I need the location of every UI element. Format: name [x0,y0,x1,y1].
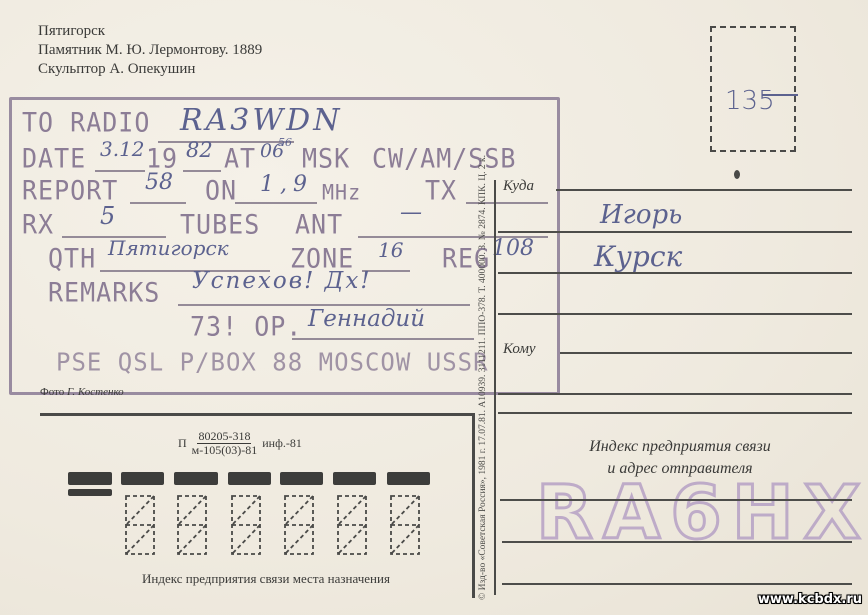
reg-value: 108 [492,236,534,261]
stamp-modes: CW/AM/SSB [372,143,516,173]
to-whom-label: Кому [503,341,536,358]
index-frame-top [40,413,474,416]
caption-monument: Памятник М. Ю. Лермонтову. 1889 [38,41,262,60]
frequency-value: 1,9 [260,172,313,197]
index-bar [280,472,323,485]
underline [130,202,186,204]
print-code-denominator: м-105(03)-81 [192,444,258,457]
index-bar [68,489,112,496]
print-code: П 80205-318 м-105(03)-81 инф.-81 [178,430,302,457]
address-line [498,412,852,414]
address-line [500,499,852,501]
address-line [502,583,852,585]
stamp-at-label: AT [224,143,256,173]
time-minutes: 56 [278,136,292,149]
address-line [560,352,852,354]
zone-value: 16 [378,238,403,262]
report-value: 58 [145,170,173,195]
stamp-regards-label: 73! OP. [190,311,302,341]
postal-index-digit-box[interactable] [177,495,207,555]
print-code-numerator: 80205-318 [197,430,251,444]
underline [183,170,221,172]
digit-template-icon [177,495,207,555]
photo-credit-prefix: Фото [40,386,64,398]
pen-stroke [762,94,798,96]
photo-credit: Фото Г. Костенко [40,386,124,398]
photo-credit-name: Г. Костенко [67,386,124,398]
remarks-value: Успехов! Дх! [192,268,372,294]
stamp-footer: PSE QSL P/BOX 88 MOSCOW USSR [56,347,489,376]
print-code-suffix: инф.-81 [262,436,302,451]
publisher-imprint: © Изд-во «Советская Россия», 1981 г. 17.… [478,0,488,600]
postal-index-digit-box[interactable] [390,495,420,555]
stamp-to-radio-label: TO RADIO [22,107,150,137]
postal-index-digit-box[interactable] [231,495,261,555]
index-frame-side [472,413,475,598]
operator-name: Геннадий [308,306,425,332]
sender-callsign-stamp: RA6HXH [536,470,868,556]
stamp-date-label: DATE [22,143,86,173]
recipient-city: Курск [594,240,682,273]
postal-index-digit-box[interactable] [337,495,367,555]
digit-template-icon [125,495,155,555]
address-line [498,231,852,233]
underline [95,170,145,172]
underline [235,202,317,204]
stamp-qth-label: QTH [48,243,96,273]
index-bar [333,472,376,485]
ink-dot [734,170,740,179]
year-value: 82 [186,138,213,162]
caption-city: Пятигорск [38,22,105,41]
index-bar [121,472,164,485]
caption-sculptor: Скульптор А. Опекушин [38,60,195,79]
postal-index-digit-box[interactable] [284,495,314,555]
postcard: Пятигорск Памятник М. Ю. Лермонтову. 188… [0,0,868,615]
print-code-fraction: 80205-318 м-105(03)-81 [192,430,258,457]
index-bar [387,472,430,485]
date-value: 3.12 [100,137,145,161]
digit-template-icon [390,495,420,555]
stamp-box-number: 135 [725,86,775,116]
stamp-remarks-label: REMARKS [48,277,160,307]
sender-label-line1: Индекс предприятия связи [520,436,840,458]
qth-value: Пятигорск [108,236,229,260]
stamp-on-label: ON [205,175,237,205]
postal-index-digit-box[interactable] [125,495,155,555]
address-line [498,393,852,395]
index-bar [68,472,112,485]
recipient-name: Игорь [600,200,682,230]
stamp-ant-label: ANT [295,209,343,239]
address-line [498,313,852,315]
index-bar [174,472,218,485]
to-callsign: RA3WDN [180,103,342,138]
to-where-label: Куда [503,178,534,195]
rx-value: 5 [100,202,115,230]
address-line [556,189,852,191]
index-bar [228,472,271,485]
underline [292,338,474,340]
index-caption: Индекс предприятия связи места назначени… [142,571,390,587]
stamp-tx-label: TX [425,175,457,205]
digit-template-icon [337,495,367,555]
digit-template-icon [284,495,314,555]
watermark: www.kcbdx.ru [758,592,862,607]
vertical-divider [494,180,496,595]
digit-template-icon [231,495,261,555]
stamp-mhz-label: MHz [322,179,361,204]
stamp-tz-label: MSK [302,143,350,173]
address-line [502,541,852,543]
stamp-rx-label: RX [22,209,54,239]
print-code-prefix: П [178,436,187,451]
ant-value: — [400,200,422,225]
